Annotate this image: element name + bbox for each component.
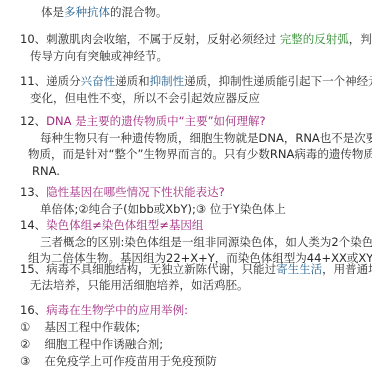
text: 的混合物。 bbox=[110, 5, 168, 19]
item-number: 16、 bbox=[20, 303, 46, 317]
item-title: DNA 是主要的遗传物质中“主要”如何理解? bbox=[46, 114, 266, 128]
list-marker: ③ bbox=[20, 354, 30, 368]
list-item: ②细胞工程中作诱融合剂; bbox=[20, 337, 163, 351]
item-number: 14、 bbox=[20, 218, 46, 232]
highlight-text: 完整的反射弧 bbox=[280, 32, 349, 46]
text: 递质，抑制性递质能引起下一个神经元电位 bbox=[184, 74, 372, 88]
text: 体是 bbox=[41, 5, 64, 19]
item13-line1: 单倍体;②纯合子(如bb或XbY);③ 位于Y染色体上 bbox=[40, 202, 286, 216]
item13-heading: 13、隐性基因在哪些情况下性状能表达? bbox=[20, 185, 225, 199]
item11-line1: 11、递质分兴奋性递质和抑制性递质，抑制性递质能引起下一个神经元电位 bbox=[20, 74, 372, 88]
item14-line1: 三者概念的区别:染色体组是一组非同源染色体，如人类为2个染色体 bbox=[40, 235, 372, 249]
item16-heading: 16、病毒在生物学中的应用举例: bbox=[20, 303, 188, 317]
text: 刺激肌肉会收缩，不属于反射，反射必须经过 bbox=[46, 32, 280, 46]
item15-line1: 15、病毒不具细胞结构，无独立新陈代谢，只能过寄生生活，用普通培养基 bbox=[20, 262, 372, 276]
text: 递质分 bbox=[46, 74, 81, 88]
highlight-text: 兴奋性 bbox=[81, 74, 116, 88]
item12-heading: 12、DNA 是主要的遗传物质中“主要”如何理解? bbox=[20, 114, 266, 128]
item-title: 隐性基因在哪些情况下性状能表达? bbox=[46, 185, 225, 199]
text: ，用普通培养基 bbox=[322, 262, 372, 276]
list-item: ①基因工程中作载体; bbox=[20, 320, 140, 334]
highlight-text: 多种抗体 bbox=[64, 5, 110, 19]
text: 病毒不具细胞结构，无独立新陈代谢，只能过 bbox=[46, 262, 276, 276]
highlight-text: 抑制性 bbox=[150, 74, 185, 88]
item-number: 12、 bbox=[20, 114, 46, 128]
item11-line2: 变化，但电性不变，所以不会引起效应器反应 bbox=[30, 91, 260, 105]
list-marker: ① bbox=[20, 320, 30, 334]
item9-tail: 体是多种抗体的混合物。 bbox=[41, 5, 168, 19]
item12-line1: 每种生物只有一种遗传物质，细胞生物就是DNA，RNA也不是次要的遗传 bbox=[40, 131, 372, 145]
item12-line2: 物质，而是针对“整个”生物界而言的。只有少数RNA病毒的遗传物质是 bbox=[28, 147, 372, 161]
item-number: 10、 bbox=[20, 32, 46, 46]
list-text: 基因工程中作载体; bbox=[44, 320, 140, 334]
highlight-text: 寄生生活 bbox=[276, 262, 322, 276]
item10-line2: 传导方向有突触或神经节。 bbox=[30, 49, 168, 63]
text: 递质和 bbox=[115, 74, 150, 88]
item10-line1: 10、刺激肌肉会收缩，不属于反射，反射必须经过 完整的反射弧，判断兴奋 bbox=[20, 32, 372, 46]
text: ，判断兴奋 bbox=[349, 32, 372, 46]
item-number: 11、 bbox=[20, 74, 46, 88]
list-text: 在免疫学上可作疫苗用于免疫预防 bbox=[44, 354, 217, 368]
item-title: 染色体组≠染色体组型≠基因组 bbox=[46, 218, 203, 232]
list-text: 细胞工程中作诱融合剂; bbox=[44, 337, 163, 351]
list-item: ③在免疫学上可作疫苗用于免疫预防 bbox=[20, 354, 217, 368]
item12-line3: RNA. bbox=[32, 164, 60, 178]
item-number: 13、 bbox=[20, 185, 46, 199]
item-number: 15、 bbox=[20, 262, 46, 276]
item15-line2: 无法培养，只能用活细胞培养，如活鸡胚。 bbox=[30, 278, 249, 292]
item-title: 病毒在生物学中的应用举例: bbox=[46, 303, 188, 317]
list-marker: ② bbox=[20, 337, 30, 351]
item14-heading: 14、染色体组≠染色体组型≠基因组 bbox=[20, 218, 203, 232]
